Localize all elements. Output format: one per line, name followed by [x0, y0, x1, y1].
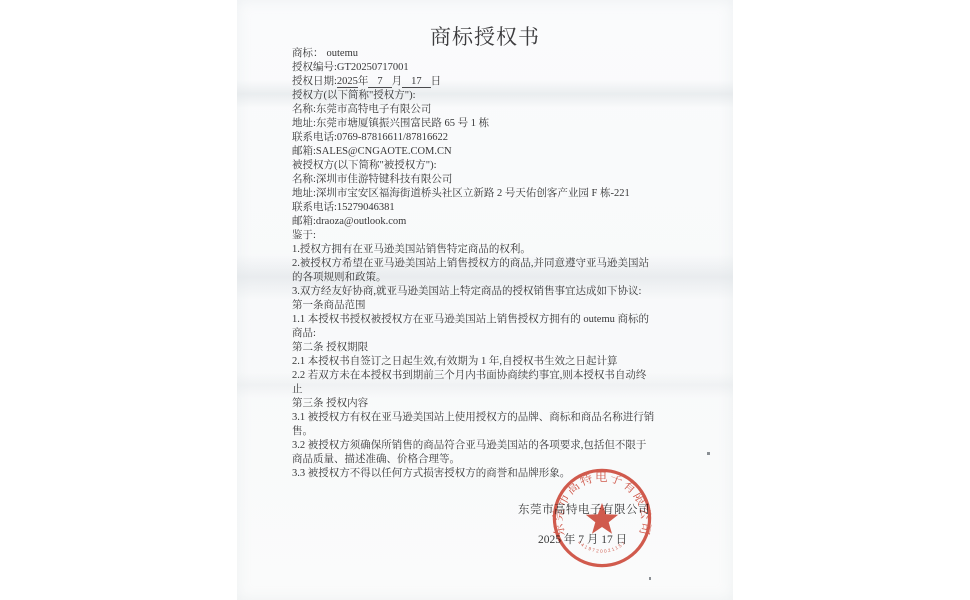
document-line: 鉴于: — [292, 229, 692, 243]
document-line: 第一条商品范围 — [292, 299, 692, 313]
trademark-value: outemu — [324, 48, 359, 59]
document-line: 地址:东莞市塘厦镇振兴围富民路 65 号 1 栋 — [292, 117, 692, 131]
document-line: 被授权方(以下简称"被授权方"): — [292, 159, 692, 173]
document-line: 商品质量、描述准确、价格合理等。 — [292, 453, 692, 467]
svg-text:4419720021157: 4419720021157 — [577, 540, 627, 554]
document-line: 的各项规则和政策。 — [292, 271, 692, 285]
auth-date-line: 授权日期:2025年7月17日 — [292, 75, 692, 89]
scan-artifact-speck — [649, 577, 651, 580]
date-prefix: 授权日期: — [292, 76, 337, 87]
seal-star-icon — [586, 503, 618, 534]
auth-number-line: 授权编号:GT20250717001 — [292, 61, 692, 75]
document-line: 授权方(以下简称"授权方"): — [292, 89, 692, 103]
document-line: 第二条 授权期限 — [292, 341, 692, 355]
date-year: 2025 — [337, 76, 358, 88]
document-line: 联系电话:0769-87816611/87816622 — [292, 131, 692, 145]
company-seal-stamp: 东莞市高特电子有限公司 4419720021157 — [550, 466, 654, 570]
document-line: 止 — [292, 383, 692, 397]
seal-number-arc-text: 4419720021157 — [577, 540, 627, 554]
document-line: 3.1 被授权方有权在亚马逊美国站上使用授权方的品牌、商标和商品名称进行销 — [292, 411, 692, 425]
document-line: 售。 — [292, 425, 692, 439]
document-line: 商品: — [292, 327, 692, 341]
document-line: 联系电话:15279046381 — [292, 201, 692, 215]
document-line: 名称:深圳市佳游特键科技有限公司 — [292, 173, 692, 187]
document-line: 地址:深圳市宝安区福海街道桥头社区立新路 2 号天佑创客产业园 F 栋-221 — [292, 187, 692, 201]
document-line: 1.1 本授权书授权被授权方在亚马逊美国站上销售授权方拥有的 outemu 商标… — [292, 313, 692, 327]
document-line: 3.2 被授权方须确保所销售的商品符合亚马逊美国站的各项要求,包括但不限于 — [292, 439, 692, 453]
date-month: 7 — [368, 76, 391, 88]
document-line: 2.被授权方希望在亚马逊美国站上销售授权方的商品,并同意遵守亚马逊美国站 — [292, 257, 692, 271]
document-line: 第三条 授权内容 — [292, 397, 692, 411]
date-day: 17 — [402, 76, 431, 88]
document-line: 2.1 本授权书自签订之日起生效,有效期为 1 年,自授权书生效之日起计算 — [292, 355, 692, 369]
document-body: 授权方(以下简称"授权方"):名称:东莞市高特电子有限公司地址:东莞市塘厦镇振兴… — [292, 89, 692, 481]
document-line: 1.授权方拥有在亚马逊美国站销售特定商品的权利。 — [292, 243, 692, 257]
trademark-line: 商标：outemu — [292, 47, 692, 61]
date-month-unit: 月 — [392, 76, 403, 87]
date-year-unit: 年 — [358, 76, 369, 87]
date-day-unit: 日 — [431, 76, 442, 87]
document-line: 3.双方经友好协商,就亚马逊美国站上特定商品的授权销售事宜达成如下协议: — [292, 285, 692, 299]
scanned-document-page: 商标授权书 商标：outemu 授权编号:GT20250717001 授权日期:… — [237, 0, 733, 600]
document-line: 名称:东莞市高特电子有限公司 — [292, 103, 692, 117]
scan-artifact-speck — [707, 452, 710, 455]
trademark-label: 商标： — [292, 48, 324, 59]
document-content: 商标：outemu 授权编号:GT20250717001 授权日期:2025年7… — [292, 47, 692, 481]
document-line: 邮箱:draoza@outlook.com — [292, 215, 692, 229]
screenshot-canvas: 商标授权书 商标：outemu 授权编号:GT20250717001 授权日期:… — [0, 0, 970, 600]
document-line: 2.2 若双方未在本授权书到期前三个月内书面协商续约事宜,则本授权书自动终 — [292, 369, 692, 383]
document-line: 邮箱:SALES@CNGAOTE.COM.CN — [292, 145, 692, 159]
